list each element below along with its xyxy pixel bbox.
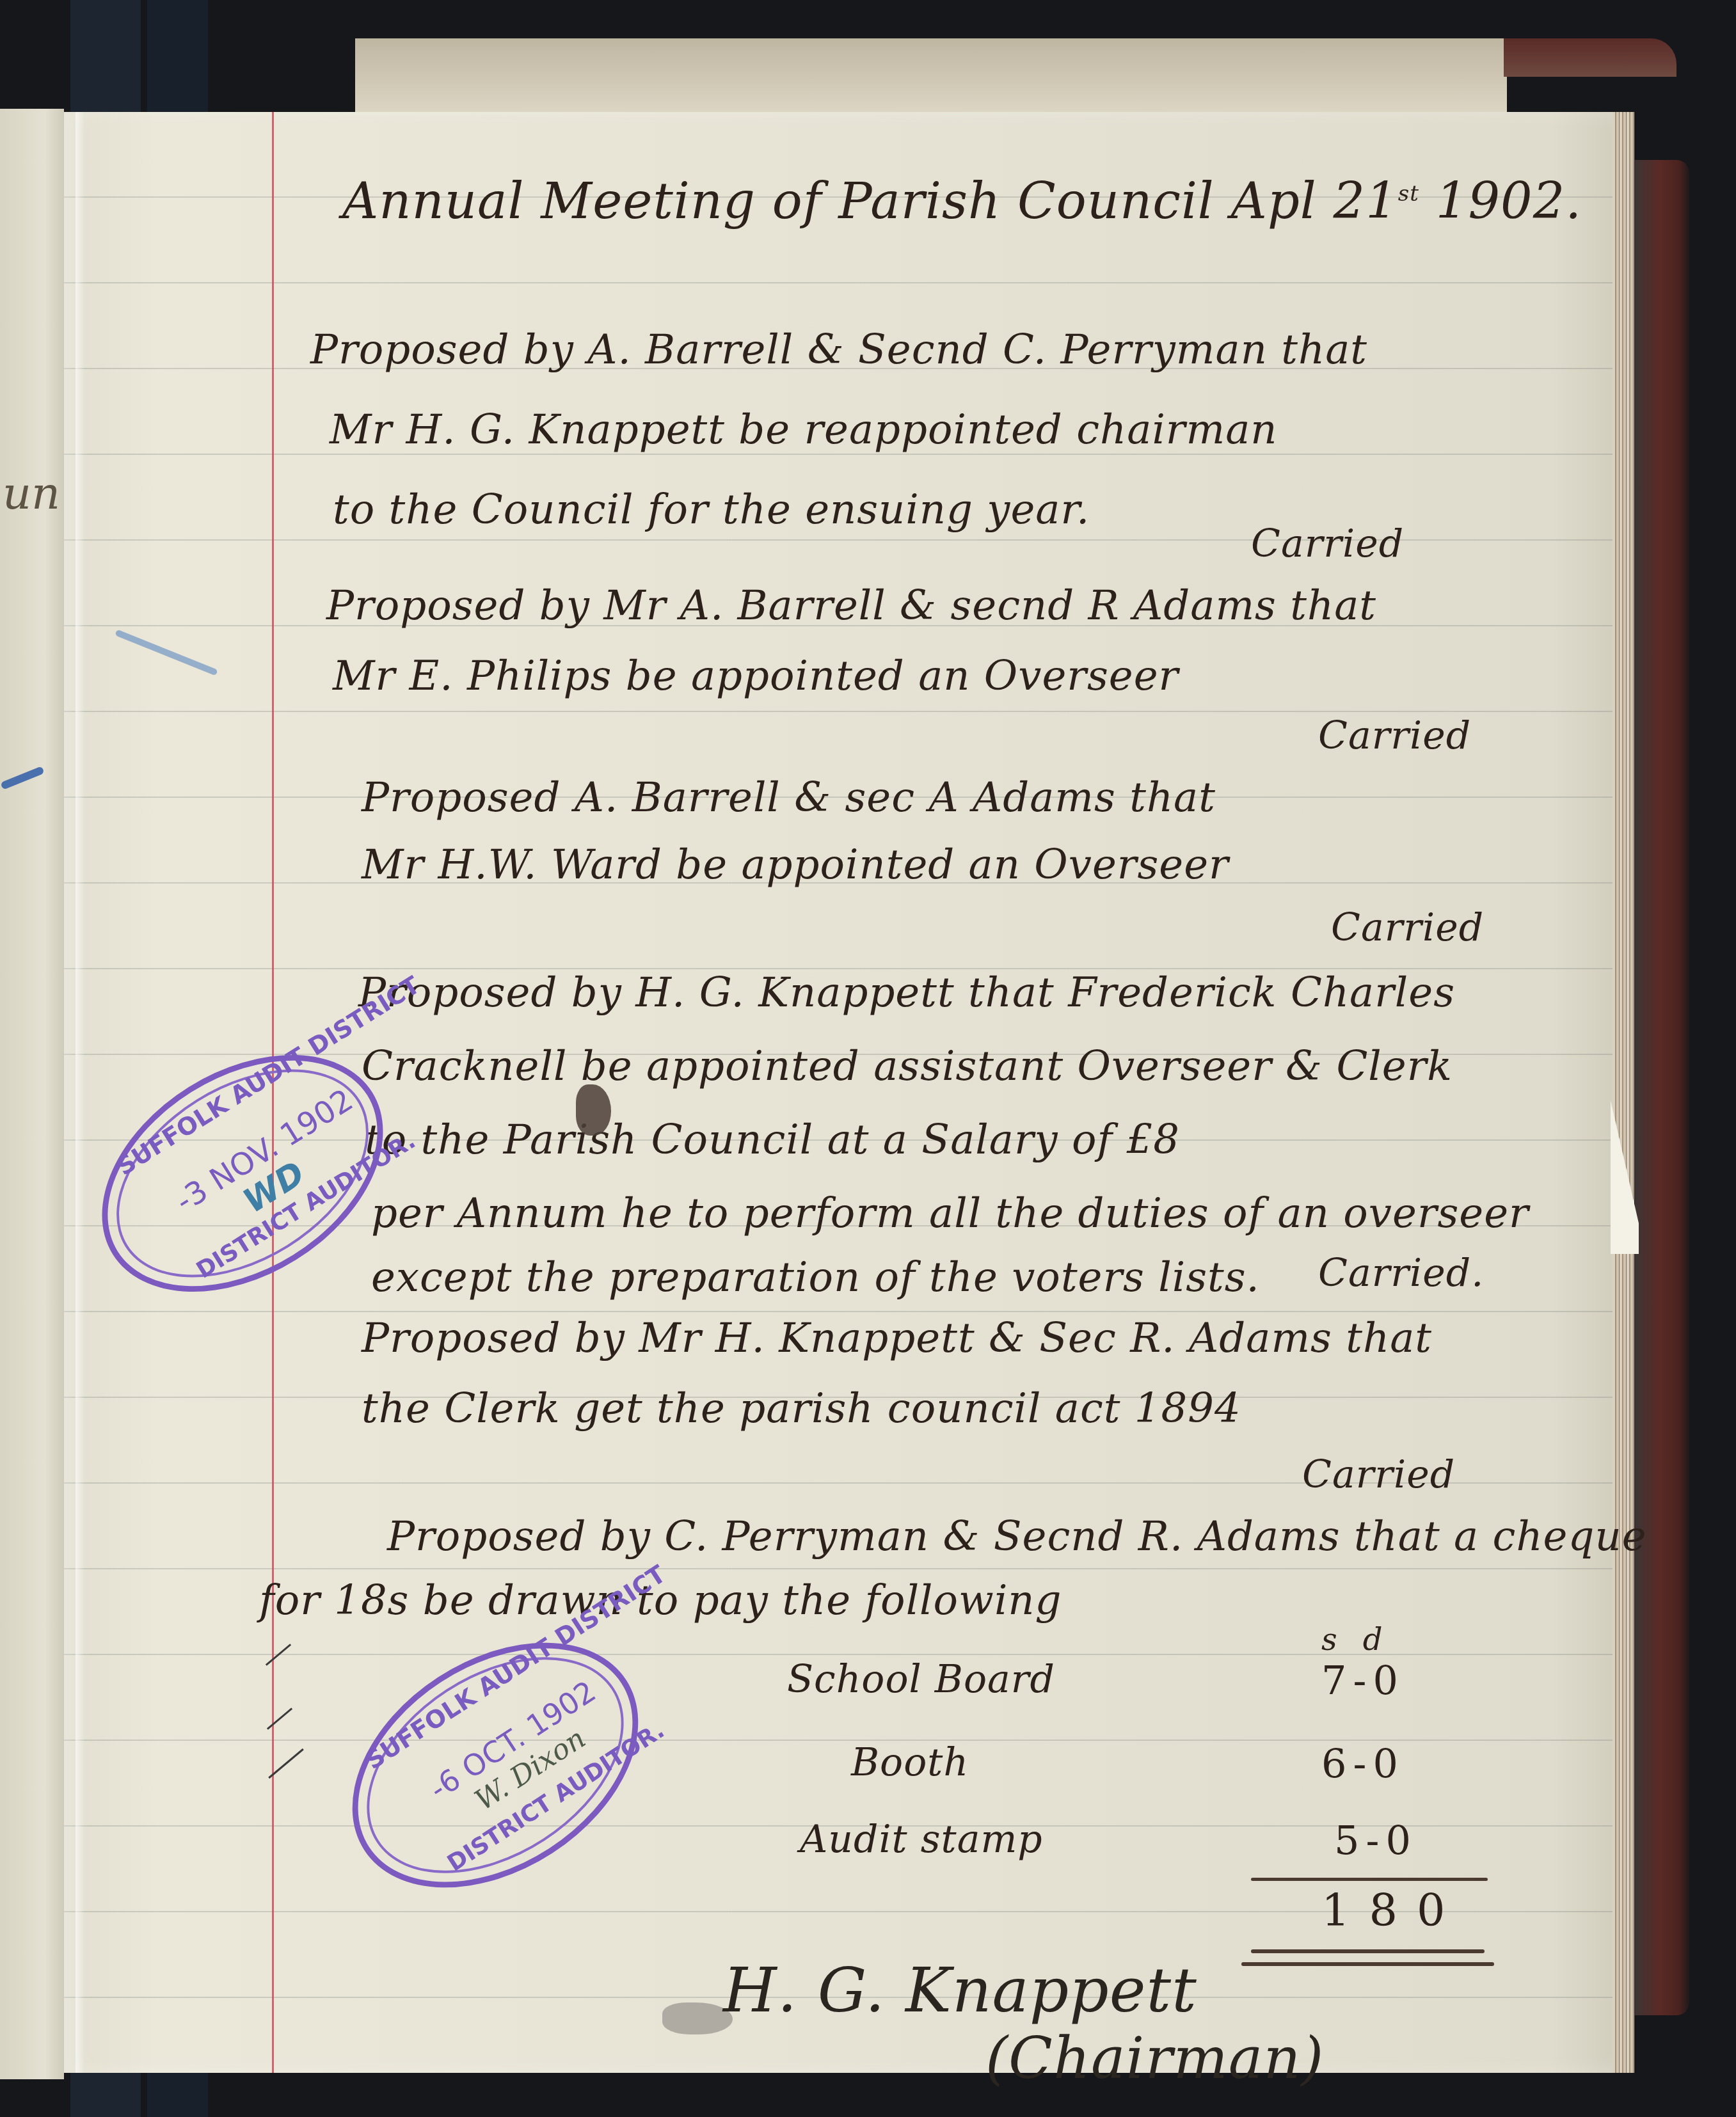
ledger-item-label: Booth [851, 1740, 969, 1785]
ledger-item-label: Audit stamp [800, 1817, 1043, 1862]
ledger-item-value: 5-0 [1334, 1817, 1417, 1864]
page-fold-highlight [76, 112, 84, 2073]
resolution-outcome: Carried. [1318, 1251, 1484, 1296]
sum-rule [1251, 1878, 1488, 1881]
ledger-item-label: School Board [787, 1657, 1055, 1702]
page-edges [1613, 112, 1634, 2073]
resolution-outcome: Carried [1331, 905, 1484, 950]
loose-sheet-edge [355, 38, 1507, 118]
ink-smudge [662, 2002, 733, 2034]
resolution-outcome: Carried [1302, 1452, 1455, 1497]
resolution-line: Mr E. Philips be appointed an Overseer [333, 653, 1179, 700]
pence-header: d [1363, 1622, 1408, 1658]
total-double-rule [1241, 1962, 1494, 1966]
shillings-value: 7 [1321, 1657, 1353, 1704]
ledger-item-value: 6-0 [1321, 1740, 1405, 1787]
resolution-outcome: Carried [1251, 521, 1404, 566]
resolution-line: to the Council for the ensuing year. [333, 486, 1090, 534]
shillings-value: 6 [1321, 1740, 1353, 1787]
shillings-header: s [1321, 1622, 1363, 1658]
total-pence: 0 [1417, 1884, 1465, 1937]
blue-pencil-mark [115, 630, 218, 676]
resolution-line: Proposed A. Barrell & sec A Adams that [362, 774, 1216, 821]
resolution-line: to the Parish Council at a Salary of £8 [365, 1116, 1180, 1164]
book-cover-edge [1635, 160, 1689, 2015]
title-superscript: st [1398, 181, 1419, 207]
resolution-line: Proposed by H. G. Knappett that Frederic… [358, 969, 1455, 1017]
resolution-line: Proposed by Mr A. Barrell & secnd R Adam… [326, 582, 1376, 630]
ledger-column-headers: sd [1321, 1622, 1408, 1658]
tick-mark [267, 1708, 292, 1729]
resolution-line: except the preparation of the voters lis… [371, 1254, 1260, 1301]
resolution-line: per Annum he to perform all the duties o… [371, 1190, 1529, 1237]
pence-value: 0 [1385, 1817, 1417, 1864]
title-main: Annual Meeting of Parish Council Apl 21 [342, 173, 1398, 230]
page-title: Annual Meeting of Parish Council Apl 21s… [342, 173, 1582, 230]
pence-value: 0 [1373, 1657, 1404, 1704]
resolution-line: Proposed by A. Barrell & Secnd C. Perrym… [310, 326, 1367, 374]
resolution-line: Cracknell be appointed assistant Oversee… [362, 1043, 1453, 1090]
left-page: un [0, 109, 64, 2079]
pence-value: 0 [1373, 1740, 1404, 1787]
ledger-page: Annual Meeting of Parish Council Apl 21s… [64, 112, 1613, 2073]
tick-mark [266, 1644, 291, 1665]
total-shillings: 18 [1321, 1884, 1417, 1937]
resolution-line: Mr H. G. Knappett be reappointed chairma… [330, 406, 1278, 454]
signature-role: (Chairman) [985, 2025, 1324, 2092]
shillings-value: 5 [1334, 1817, 1366, 1864]
blue-pencil-mark [0, 766, 44, 789]
title-year: 1902. [1436, 173, 1582, 230]
total-double-rule [1251, 1949, 1485, 1953]
resolution-line: Proposed by C. Perryman & Secnd R. Adams… [387, 1513, 1647, 1560]
resolution-line: Mr H.W. Ward be appointed an Overseer [362, 841, 1229, 889]
resolution-line: Proposed by Mr H. Knappett & Sec R. Adam… [362, 1315, 1432, 1362]
left-page-fragment: un [3, 467, 60, 519]
book-cover-corner [1504, 38, 1676, 77]
ledger-item-value: 7-0 [1321, 1657, 1405, 1704]
audit-stamp-oct: SUFFOLK AUDIT DISTRICT -6 OCT. 1902 W. D… [307, 1592, 683, 1939]
resolution-line: the Clerk get the parish council act 189… [362, 1385, 1241, 1432]
signature-name: H. G. Knappett [723, 1954, 1197, 2026]
ink-blot [576, 1084, 611, 1136]
ledger-total: 180 [1321, 1884, 1465, 1937]
resolution-outcome: Carried [1318, 713, 1471, 758]
